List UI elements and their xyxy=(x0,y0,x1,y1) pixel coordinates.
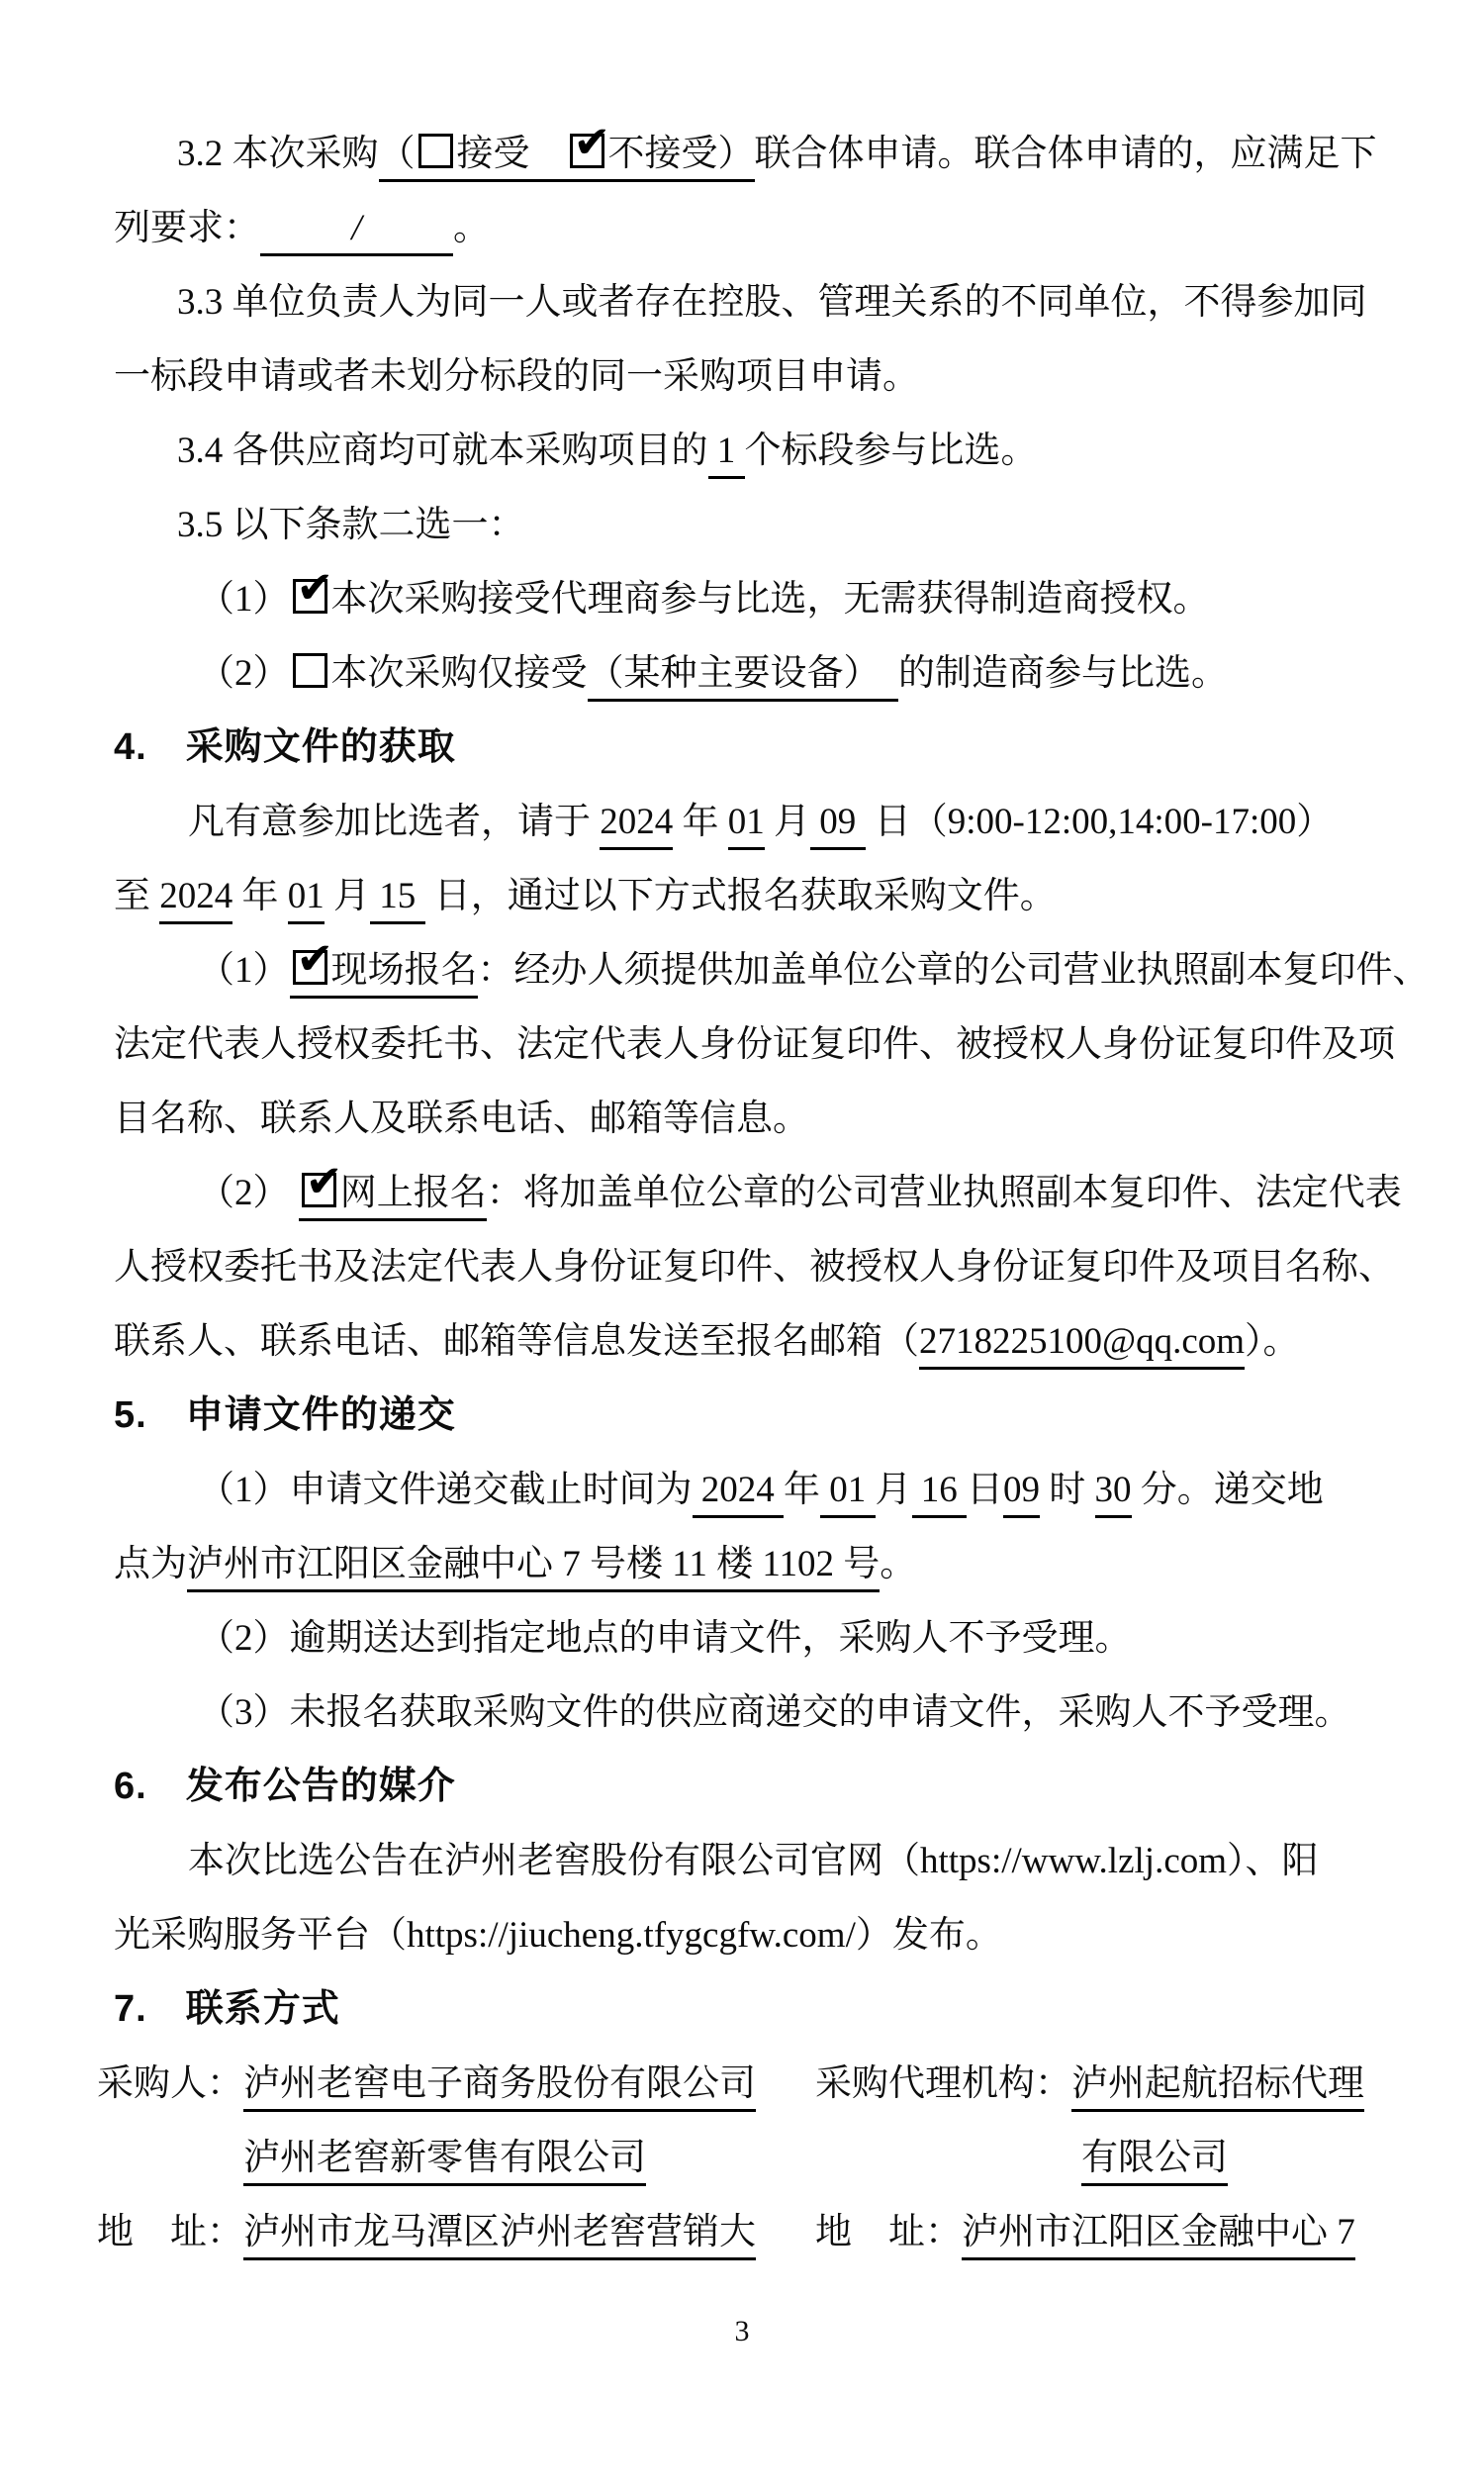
text-run: 15 xyxy=(370,876,425,916)
text-run: 泸州起航招标代理 xyxy=(1071,2063,1364,2104)
text-run: 泸州市龙马潭区泸州老窖营销大 xyxy=(243,2212,756,2252)
text-run: 日 xyxy=(967,1470,1003,1510)
text-run: 有限公司 xyxy=(1081,2138,1228,2178)
underlined-run: 01 xyxy=(728,799,765,850)
text-run: 地 址： xyxy=(815,2212,962,2252)
text-run: 2024 xyxy=(159,876,232,916)
underlined-run: 泸州起航招标代理 xyxy=(1071,2060,1364,2112)
text-run: 年 xyxy=(784,1470,820,1510)
text-run: 3.5 以下条款二选一： xyxy=(177,505,525,545)
text-line: 本次比选公告在泸州老窖股份有限公司官网（https://www.lzlj.com… xyxy=(188,1824,1400,1898)
text-run: （2） xyxy=(198,653,290,694)
text-line: 光采购服务平台（https://jiucheng.tfygcgfw.com/）发… xyxy=(114,1898,1400,1972)
underlined-run: 泸州市江阳区金融中心 7 xyxy=(962,2209,1355,2260)
text-run: 1 xyxy=(708,431,745,471)
text-run: 01 xyxy=(728,802,765,842)
text-run: 光采购服务平台（https://jiucheng.tfygcgfw.com/）发… xyxy=(114,1915,1002,1956)
text-run: 3.4 各供应商均可就本采购项目的 xyxy=(177,431,708,471)
text-run: 01 xyxy=(288,876,325,916)
text-run: （ xyxy=(379,134,416,174)
text-run: 泸州老窖电子商务股份有限公司 xyxy=(243,2063,756,2104)
text-line: （2）逾期送达到指定地点的申请文件，采购人不予受理。 xyxy=(198,1601,1400,1675)
underlined-run: 有限公司 xyxy=(1081,2135,1228,2186)
section-heading: 6. 发布公告的媒介 xyxy=(114,1750,1400,1824)
text-line: （1）申请文件递交截止时间为 2024 年 01 月 16 日09 时 30 分… xyxy=(198,1453,1400,1527)
text-line: 目名称、联系人及联系电话、邮箱等信息。 xyxy=(114,1082,1400,1156)
text-run: （2） xyxy=(198,1173,299,1213)
text-run: 采购代理机构： xyxy=(815,2063,1071,2104)
text-line: 联系人、联系电话、邮箱等信息发送至报名邮箱（2718225100@qq.com）… xyxy=(114,1304,1400,1379)
underlined-run: 2718225100@qq.com xyxy=(919,1318,1245,1370)
text-run: 3.3 单位负责人为同一人或者存在控股、管理关系的不同单位，不得参加同 xyxy=(177,282,1367,323)
document-page: 3.2 本次采购（接受 不接受）联合体申请。联合体申请的，应满足下列要求：/。3… xyxy=(0,0,1484,2489)
underlined-run: 01 xyxy=(820,1467,876,1518)
text-run: 泸州市江阳区金融中心 7 xyxy=(962,2212,1355,2252)
text-line: 3.4 各供应商均可就本采购项目的 1 个标段参与比选。 xyxy=(177,414,1400,488)
underlined-run: 16 xyxy=(912,1467,968,1518)
underlined-run: 2024 xyxy=(159,873,232,924)
text-run: 09 xyxy=(810,802,866,842)
text-run: 法定代表人授权委托书、法定代表人身份证复印件、被授权人身份证复印件及项 xyxy=(114,1024,1395,1065)
text-run: 凡有意参加比选者，请于 xyxy=(188,802,600,842)
text-line: （1）本次采购接受代理商参与比选，无需获得制造商授权。 xyxy=(198,562,1400,636)
checkbox-empty-icon xyxy=(293,653,327,688)
text-run: 采购人： xyxy=(97,2063,243,2104)
underlined-run: 现场报名 xyxy=(290,947,478,999)
text-run: （2）逾期送达到指定地点的申请文件，采购人不予受理。 xyxy=(198,1618,1132,1659)
checkbox-checked-icon xyxy=(293,950,327,985)
checkbox-checked-icon xyxy=(302,1173,336,1207)
text-run: （某种主要设备） xyxy=(588,653,899,694)
text-line: 3.5 以下条款二选一： xyxy=(177,488,1400,562)
text-run: 网上报名 xyxy=(340,1173,487,1213)
text-run: 接受 xyxy=(457,134,567,174)
text-run: 2024 xyxy=(600,802,673,842)
underlined-run: 1 xyxy=(708,428,745,479)
underlined-run: 01 xyxy=(288,873,325,924)
text-line: 点为泸州市江阳区金融中心 7 号楼 11 楼 1102 号。 xyxy=(114,1527,1400,1601)
text-run: ：经办人须提供加盖单位公章的公司营业执照副本复印件、 xyxy=(478,950,1430,991)
text-run: 30 xyxy=(1095,1470,1132,1510)
underlined-run: 泸州老窖电子商务股份有限公司 xyxy=(243,2060,756,2112)
underlined-run: 2024 xyxy=(600,799,673,850)
text-line: 至 2024 年 01 月 15 日，通过以下方式报名获取采购文件。 xyxy=(114,859,1400,933)
text-run: 09 xyxy=(1003,1470,1040,1510)
checkbox-checked-icon xyxy=(293,579,327,614)
underlined-run: 泸州市江阳区金融中心 7 号楼 11 楼 1102 号 xyxy=(187,1541,880,1592)
text-run: 01 xyxy=(820,1470,876,1510)
text-line: 列要求：/。 xyxy=(114,191,1400,265)
text-run: 联合体申请。联合体申请的，应满足下 xyxy=(755,134,1377,174)
text-run: 6. 发布公告的媒介 xyxy=(114,1766,456,1807)
text-line: 采购人：泸州老窖电子商务股份有限公司采购代理机构：泸州起航招标代理 xyxy=(97,2047,1400,2121)
section-heading: 7. 联系方式 xyxy=(114,1972,1400,2047)
underlined-run: 30 xyxy=(1095,1467,1132,1518)
text-run: 目名称、联系人及联系电话、邮箱等信息。 xyxy=(114,1099,809,1139)
text-run: 16 xyxy=(912,1470,968,1510)
underlined-run: 泸州老窖新零售有限公司 xyxy=(243,2135,646,2186)
text-run: 日，通过以下方式报名获取采购文件。 xyxy=(425,876,1057,916)
text-run: 分。递交地 xyxy=(1132,1470,1324,1510)
text-line: 地 址：泸州市龙马潭区泸州老窖营销大地 址：泸州市江阳区金融中心 7 xyxy=(97,2195,1400,2269)
text-run: 泸州市江阳区金融中心 7 号楼 11 楼 1102 号 xyxy=(187,1544,880,1584)
text-run: 2718225100@qq.com xyxy=(919,1321,1245,1362)
underlined-run: 15 xyxy=(370,873,425,924)
text-run: 的制造商参与比选。 xyxy=(898,653,1228,694)
text-run: 时 xyxy=(1040,1470,1095,1510)
text-run: 人授权委托书及法定代表人身份证复印件、被授权人身份证复印件及项目名称、 xyxy=(114,1247,1395,1288)
text-line: （2） 网上报名：将加盖单位公章的公司营业执照副本复印件、法定代表 xyxy=(198,1156,1400,1230)
text-run: （1）申请文件递交截止时间为 xyxy=(198,1470,693,1510)
underlined-run: 09 xyxy=(1003,1467,1040,1518)
text-run: 。 xyxy=(453,208,490,248)
text-run: 现场报名 xyxy=(331,950,478,991)
text-line: 人授权委托书及法定代表人身份证复印件、被授权人身份证复印件及项目名称、 xyxy=(114,1230,1400,1304)
blank-underline-field: / xyxy=(260,205,453,256)
text-run: 月 xyxy=(765,802,810,842)
text-line: 泸州老窖新零售有限公司有限公司 xyxy=(97,2121,1400,2195)
text-run: 年 xyxy=(232,876,288,916)
text-run: 4. 采购文件的获取 xyxy=(114,726,456,768)
section-heading: 4. 采购文件的获取 xyxy=(114,711,1400,785)
checkbox-checked-icon xyxy=(570,134,604,168)
document-body: 3.2 本次采购（接受 不接受）联合体申请。联合体申请的，应满足下列要求：/。3… xyxy=(114,117,1400,2269)
text-run: 本次比选公告在泸州老窖股份有限公司官网（https://www.lzlj.com… xyxy=(188,1841,1319,1881)
text-run: 点为 xyxy=(114,1544,187,1584)
text-line: （1）现场报名：经办人须提供加盖单位公章的公司营业执照副本复印件、 xyxy=(198,933,1400,1007)
text-run: 本次采购接受代理商参与比选，无需获得制造商授权。 xyxy=(331,579,1210,620)
underlined-run: 09 xyxy=(810,799,866,850)
text-run: 月 xyxy=(325,876,370,916)
underlined-run: 泸州市龙马潭区泸州老窖营销大 xyxy=(243,2209,756,2260)
text-run: 列要求： xyxy=(114,208,260,248)
text-run: 一标段申请或者未划分标段的同一采购项目申请。 xyxy=(114,356,919,397)
text-run: 7. 联系方式 xyxy=(114,1988,340,2030)
text-run: 2024 xyxy=(693,1470,785,1510)
page-number: 3 xyxy=(0,2312,1484,2351)
text-run: 。 xyxy=(880,1544,916,1584)
underlined-run: （接受 不接受） xyxy=(379,131,755,182)
text-run: 至 xyxy=(114,876,159,916)
text-line: 3.3 单位负责人为同一人或者存在控股、管理关系的不同单位，不得参加同 xyxy=(177,265,1400,339)
text-run: 不接受） xyxy=(608,134,755,174)
text-run: 年 xyxy=(673,802,728,842)
text-run: 日（9:00-12:00,14:00-17:00） xyxy=(866,802,1334,842)
text-run: 地 址： xyxy=(97,2212,243,2252)
section-heading: 5. 申请文件的递交 xyxy=(114,1379,1400,1453)
text-line: 凡有意参加比选者，请于 2024 年 01 月 09 日（9:00-12:00,… xyxy=(188,785,1400,859)
text-line: 一标段申请或者未划分标段的同一采购项目申请。 xyxy=(114,339,1400,414)
text-run: 泸州老窖新零售有限公司 xyxy=(243,2138,646,2178)
text-run: 月 xyxy=(876,1470,912,1510)
text-run: （3）未报名获取采购文件的供应商递交的申请文件，采购人不予受理。 xyxy=(198,1692,1351,1733)
text-run: 5. 申请文件的递交 xyxy=(114,1394,456,1436)
text-run: （1） xyxy=(198,579,290,620)
checkbox-empty-icon xyxy=(418,134,453,168)
text-run: ：将加盖单位公章的公司营业执照副本复印件、法定代表 xyxy=(487,1173,1402,1213)
text-line: 3.2 本次采购（接受 不接受）联合体申请。联合体申请的，应满足下 xyxy=(177,117,1400,191)
text-run: 个标段参与比选。 xyxy=(745,431,1038,471)
text-run: 3.2 本次采购 xyxy=(177,134,379,174)
text-run: 本次采购仅接受 xyxy=(331,653,588,694)
text-line: （3）未报名获取采购文件的供应商递交的申请文件，采购人不予受理。 xyxy=(198,1675,1400,1750)
text-run: 联系人、联系电话、邮箱等信息发送至报名邮箱（ xyxy=(114,1321,919,1362)
text-line: （2）本次采购仅接受（某种主要设备） 的制造商参与比选。 xyxy=(198,636,1400,711)
underlined-run: （某种主要设备） xyxy=(588,650,899,702)
underlined-run: 2024 xyxy=(693,1467,785,1518)
underlined-run: 网上报名 xyxy=(299,1170,487,1221)
text-run: ）。 xyxy=(1245,1321,1300,1362)
text-line: 法定代表人授权委托书、法定代表人身份证复印件、被授权人身份证复印件及项 xyxy=(114,1007,1400,1082)
text-run: （1） xyxy=(198,950,290,991)
